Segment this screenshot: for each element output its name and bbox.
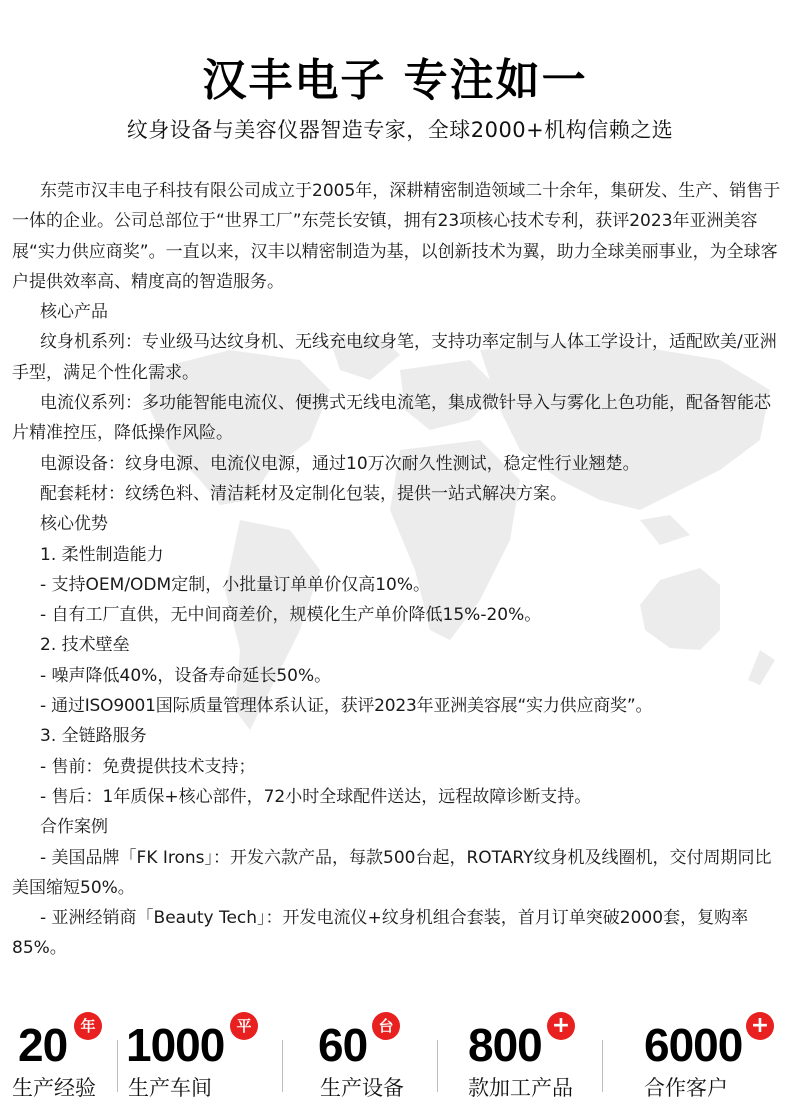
company-description: 东莞市汉丰电子科技有限公司成立于2005年，深耕精密制造领域二十余年，集研发、生… (12, 176, 782, 964)
stat-divider (282, 1040, 283, 1092)
products-heading: 核心产品 (12, 297, 782, 327)
stat-value: 6000 (644, 1018, 742, 1072)
advantage-point: - 通过ISO9001国际质量管理体系认证，获评2023年亚洲美容展“实力供应商… (12, 691, 782, 721)
stat-badge-icon: 平 (230, 1012, 258, 1040)
page-title: 汉丰电子 专注如一 (0, 44, 790, 108)
plus-badge-icon: + (547, 1012, 575, 1040)
stat-value: 60 (318, 1018, 367, 1072)
stat-value: 800 (468, 1018, 542, 1072)
stat-label: 生产车间 (128, 1072, 212, 1102)
advantage-group-title: 3. 全链路服务 (12, 721, 782, 751)
stat-label: 款加工产品 (468, 1072, 573, 1102)
product-item: 配套耗材：纹绣色料、清洁耗材及定制化包装，提供一站式解决方案。 (12, 479, 782, 509)
intro-paragraph: 东莞市汉丰电子科技有限公司成立于2005年，深耕精密制造领域二十余年，集研发、生… (12, 176, 782, 297)
advantage-point: - 售前：免费提供技术支持； (12, 752, 782, 782)
advantages-heading: 核心优势 (12, 509, 782, 539)
stat-badge-icon: 年 (74, 1012, 102, 1040)
case-item: - 亚洲经销商「Beauty Tech」：开发电流仪+纹身机组合套装，首月订单突… (12, 903, 782, 964)
advantage-group-title: 1. 柔性制造能力 (12, 540, 782, 570)
plus-badge-icon: + (746, 1012, 774, 1040)
advantage-point: - 支持OEM/ODM定制，小批量订单单价仅高10%。 (12, 570, 782, 600)
product-item: 电源设备：纹身电源、电流仪电源，通过10万次耐久性测试，稳定性行业翘楚。 (12, 449, 782, 479)
product-item: 纹身机系列：专业级马达纹身机、无线充电纹身笔，支持功率定制与人体工学设计，适配欧… (12, 327, 782, 388)
stat-badge-icon: 台 (372, 1012, 400, 1040)
stat-divider (602, 1040, 603, 1092)
product-item: 电流仪系列：多功能智能电流仪、便携式无线电流笔，集成微针导入与雾化上色功能，配备… (12, 388, 782, 449)
case-item: - 美国品牌「FK Irons」：开发六款产品，每款500台起，ROTARY纹身… (12, 843, 782, 904)
advantage-point: - 噪声降低40%，设备寿命延长50%。 (12, 661, 782, 691)
stat-value: 20 (18, 1018, 67, 1072)
stat-label: 生产设备 (320, 1072, 404, 1102)
advantage-group-title: 2. 技术壁垒 (12, 630, 782, 660)
page-subtitle: 纹身设备与美容仪器智造专家，全球2000+机构信赖之选 (60, 114, 740, 144)
stat-label: 生产经验 (12, 1072, 96, 1102)
stats-row: 20 年 生产经验 1000 平 生产车间 60 台 生产设备 800 + 款加… (0, 1010, 790, 1110)
stat-value: 1000 (126, 1018, 224, 1072)
advantage-point: - 售后：1年质保+核心部件，72小时全球配件送达，远程故障诊断支持。 (12, 782, 782, 812)
cases-heading: 合作案例 (12, 812, 782, 842)
advantage-point: - 自有工厂直供，无中间商差价，规模化生产单价降低15%-20%。 (12, 600, 782, 630)
stat-divider (437, 1040, 438, 1092)
stat-label: 合作客户 (644, 1072, 728, 1102)
stat-divider (117, 1040, 118, 1092)
